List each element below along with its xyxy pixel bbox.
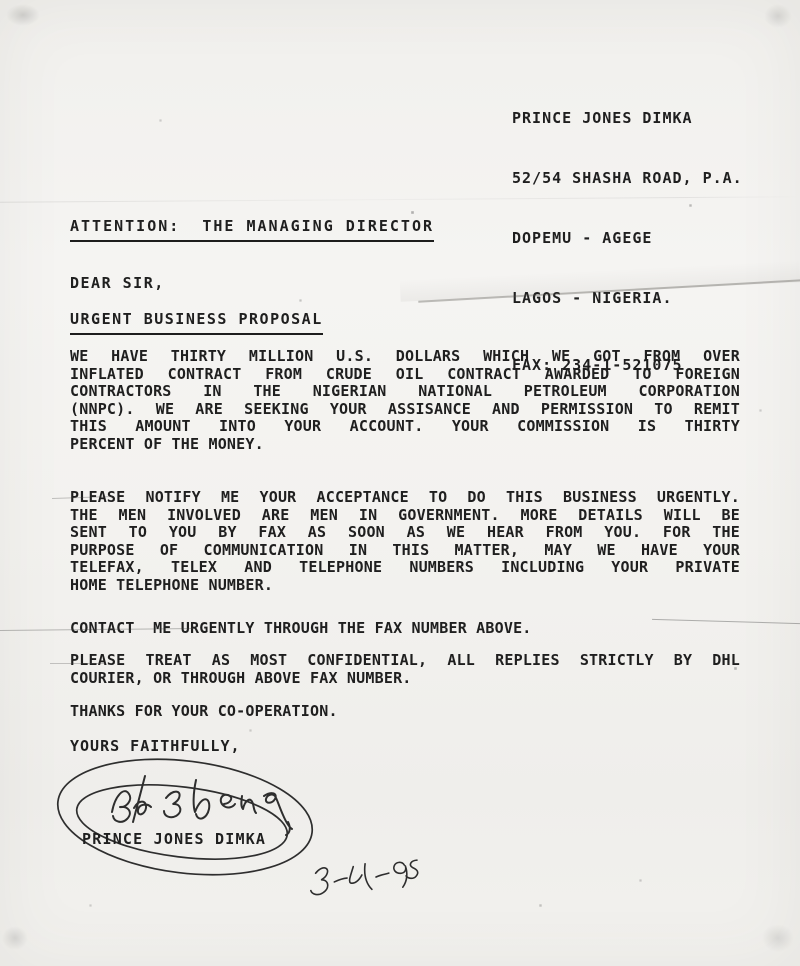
subject-line: URGENT BUSINESS PROPOSAL (70, 310, 323, 335)
text-line: (NNPC). WE ARE SEEKING YOUR ASSISANCE AN… (70, 401, 740, 419)
corner-smudge (762, 924, 794, 952)
text-line: PURPOSE OF COMMUNICATION IN THIS MATTER,… (70, 542, 740, 560)
text-line: TELEFAX, TELEX AND TELEPHONE NUMBERS INC… (70, 559, 740, 577)
handwritten-date (302, 852, 422, 902)
paragraph-confidential: PLEASE TREAT AS MOST CONFIDENTIAL, ALL R… (70, 652, 740, 687)
sender-address-line-1: 52/54 SHASHA ROAD, P.A. (512, 168, 743, 188)
corner-smudge (2, 926, 28, 950)
text-line: COURIER, OR THROUGH ABOVE FAX NUMBER. (70, 670, 740, 688)
paragraph-acceptance: PLEASE NOTIFY ME YOUR ACCEPTANCE TO DO T… (70, 489, 740, 595)
sender-address-line-2: DOPEMU - AGEGE (512, 228, 743, 248)
letter-page: PRINCE JONES DIMKA 52/54 SHASHA ROAD, P.… (0, 0, 800, 966)
text-line: THIS AMOUNT INTO YOUR ACCOUNT. YOUR COMM… (70, 418, 740, 436)
date-ink (309, 860, 419, 895)
corner-smudge (6, 4, 40, 26)
text-line: CONTRACTORS IN THE NIGERIAN NATIONAL PET… (70, 383, 740, 401)
text-line: HOME TELEPHONE NUMBER. (70, 577, 740, 595)
text-line: THANKS FOR YOUR CO-OPERATION. (70, 703, 740, 721)
text-line: CONTACT ME URGENTLY THROUGH THE FAX NUMB… (70, 620, 740, 638)
paragraph-thanks: THANKS FOR YOUR CO-OPERATION. (70, 703, 740, 721)
text-line: PLEASE TREAT AS MOST CONFIDENTIAL, ALL R… (70, 652, 740, 670)
corner-smudge (764, 4, 792, 28)
signature-scribble (48, 750, 338, 890)
paragraph-contact: CONTACT ME URGENTLY THROUGH THE FAX NUMB… (70, 620, 740, 638)
paragraph-proposal: WE HAVE THIRTY MILLION U.S. DOLLARS WHIC… (70, 348, 740, 454)
text-line: INFLATED CONTRACT FROM CRUDE OIL CONTRAC… (70, 366, 740, 384)
scan-specks (0, 0, 1, 1)
text-line: PLEASE NOTIFY ME YOUR ACCEPTANCE TO DO T… (70, 489, 740, 507)
sender-address-line-3: LAGOS - NIGERIA. (512, 288, 743, 308)
salutation: DEAR SIR, (70, 274, 165, 292)
text-line: WE HAVE THIRTY MILLION U.S. DOLLARS WHIC… (70, 348, 740, 366)
text-line: PERCENT OF THE MONEY. (70, 436, 740, 454)
text-line: SENT TO YOU BY FAX AS SOON AS WE HEAR FR… (70, 524, 740, 542)
attention-line: ATTENTION: THE MANAGING DIRECTOR (70, 217, 434, 242)
sender-name: PRINCE JONES DIMKA (512, 108, 743, 128)
signatory-name: PRINCE JONES DIMKA (82, 830, 266, 848)
signature-circle-inner (73, 774, 292, 869)
text-line: THE MEN INVOLVED ARE MEN IN GOVERNMENT. … (70, 507, 740, 525)
